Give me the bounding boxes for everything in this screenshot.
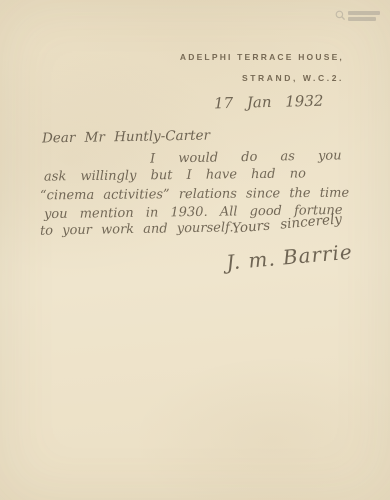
body-line: I would do as you xyxy=(150,148,342,166)
handwritten-date: 17 Jan 1932 xyxy=(214,92,324,113)
printed-letterhead: ADELPHI TERRACE HOUSE, STRAND, W.C.2. xyxy=(180,52,344,83)
letter-body: I would do as you ask willingly but I ha… xyxy=(0,148,390,248)
watermark-text-block xyxy=(348,11,380,21)
magnifier-icon xyxy=(335,10,346,21)
watermark-text-line xyxy=(348,11,380,15)
letterhead-address-line1: ADELPHI TERRACE HOUSE, xyxy=(180,52,344,62)
letter-photo: ADELPHI TERRACE HOUSE, STRAND, W.C.2. 17… xyxy=(0,0,390,500)
image-watermark xyxy=(335,8,383,23)
body-line: ask willingly but I have had no xyxy=(44,166,306,184)
watermark-text-line xyxy=(348,17,376,21)
salutation: Dear Mr Huntly-Carter xyxy=(42,128,210,147)
body-line: to your work and yourself. xyxy=(40,220,234,238)
body-line: “cinema activities” relations since the … xyxy=(40,186,349,204)
letterhead-address-line2: STRAND, W.C.2. xyxy=(180,73,344,83)
